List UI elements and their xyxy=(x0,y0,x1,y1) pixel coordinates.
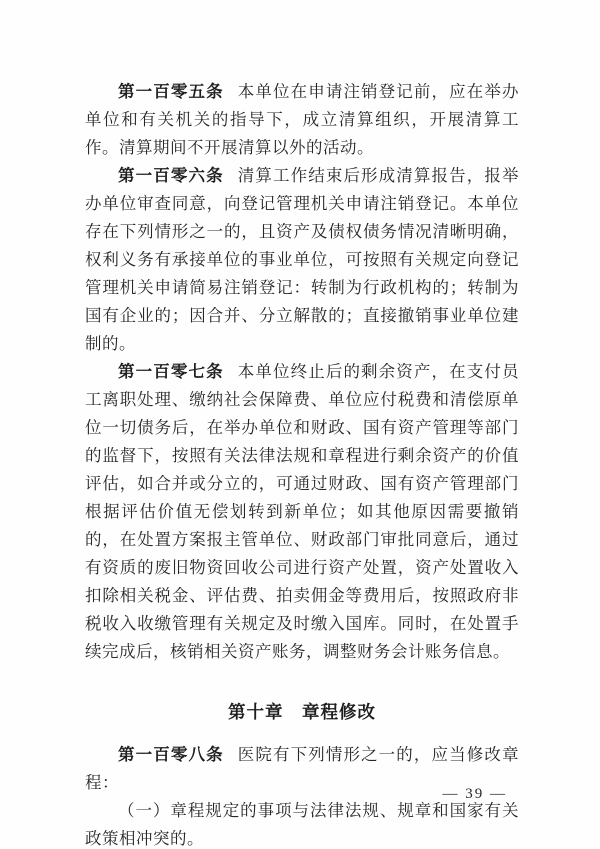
paragraph: 第一百零六条清算工作结束后形成清算报告，报举办单位审查同意，向登记管理机关申请注… xyxy=(85,162,519,358)
document-page: 第一百零五条本单位在申请注销登记前，应在举办单位和有关机关的指导下，成立清算组织… xyxy=(0,0,600,849)
paragraph-text: （一）章程规定的事项与法律法规、规章和国家有关政策相冲突的。 xyxy=(85,801,519,848)
page-number: — 39 — xyxy=(443,786,508,803)
chapter-heading: 第十章 章程修改 xyxy=(85,699,519,724)
paragraph: （一）章程规定的事项与法律法规、规章和国家有关政策相冲突的。 xyxy=(85,797,519,849)
paragraph: 第一百零五条本单位在申请注销登记前，应在举办单位和有关机关的指导下，成立清算组织… xyxy=(85,78,519,162)
paragraph-text: 清算工作结束后形成清算报告，报举办单位审查同意，向登记管理机关申请注销登记。本单… xyxy=(85,166,519,353)
document-body: 第一百零五条本单位在申请注销登记前，应在举办单位和有关机关的指导下，成立清算组织… xyxy=(85,78,519,849)
article-number: 第一百零五条 xyxy=(118,82,238,101)
article-number: 第一百零八条 xyxy=(118,745,238,764)
paragraph-text: 本单位终止后的剩余资产，在支付员工离职处理、缴纳社会保障费、单位应付税费和清偿原… xyxy=(85,362,519,661)
article-number: 第一百零六条 xyxy=(118,166,238,185)
paragraph: 第一百零七条本单位终止后的剩余资产，在支付员工离职处理、缴纳社会保障费、单位应付… xyxy=(85,358,519,666)
article-number: 第一百零七条 xyxy=(118,362,238,381)
